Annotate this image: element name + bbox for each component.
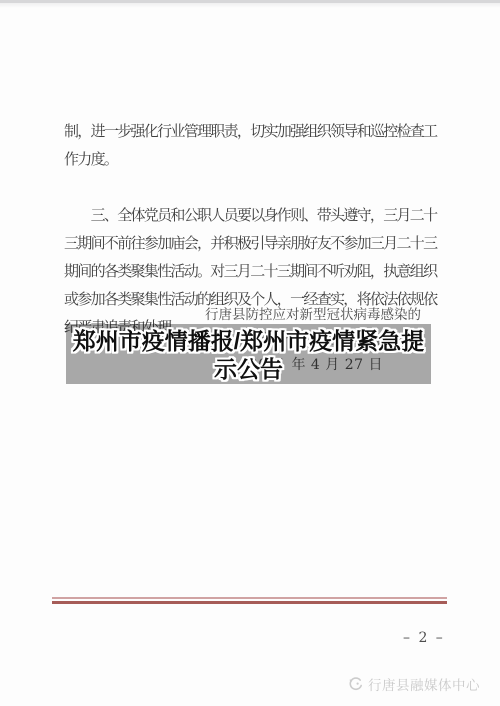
watermark-text: 行唐县融媒体中心 (368, 674, 480, 694)
caption-overlay: 郑州市疫情播报/郑州市疫情紧急提 示公告 (66, 324, 431, 384)
red-rule-thick-line (52, 601, 447, 604)
watermark: 行唐县融媒体中心 (348, 674, 480, 694)
media-center-logo-icon (348, 676, 364, 692)
red-divider-rule (52, 597, 447, 604)
photo-top-edge-fade (0, 3, 500, 8)
caption-title: 郑州市疫情播报/郑州市疫情紧急提 示公告 (66, 324, 431, 384)
document-photo: 制，进一步强化行业管理职责，切实加强组织领导和巡控检查工 作力度。 三、全体党员… (0, 0, 500, 706)
body-paragraph-continuation: 制，进一步强化行业管理职责，切实加强组织领导和巡控检查工 作力度。 (64, 117, 442, 173)
page-number: – 2 – (403, 630, 445, 646)
